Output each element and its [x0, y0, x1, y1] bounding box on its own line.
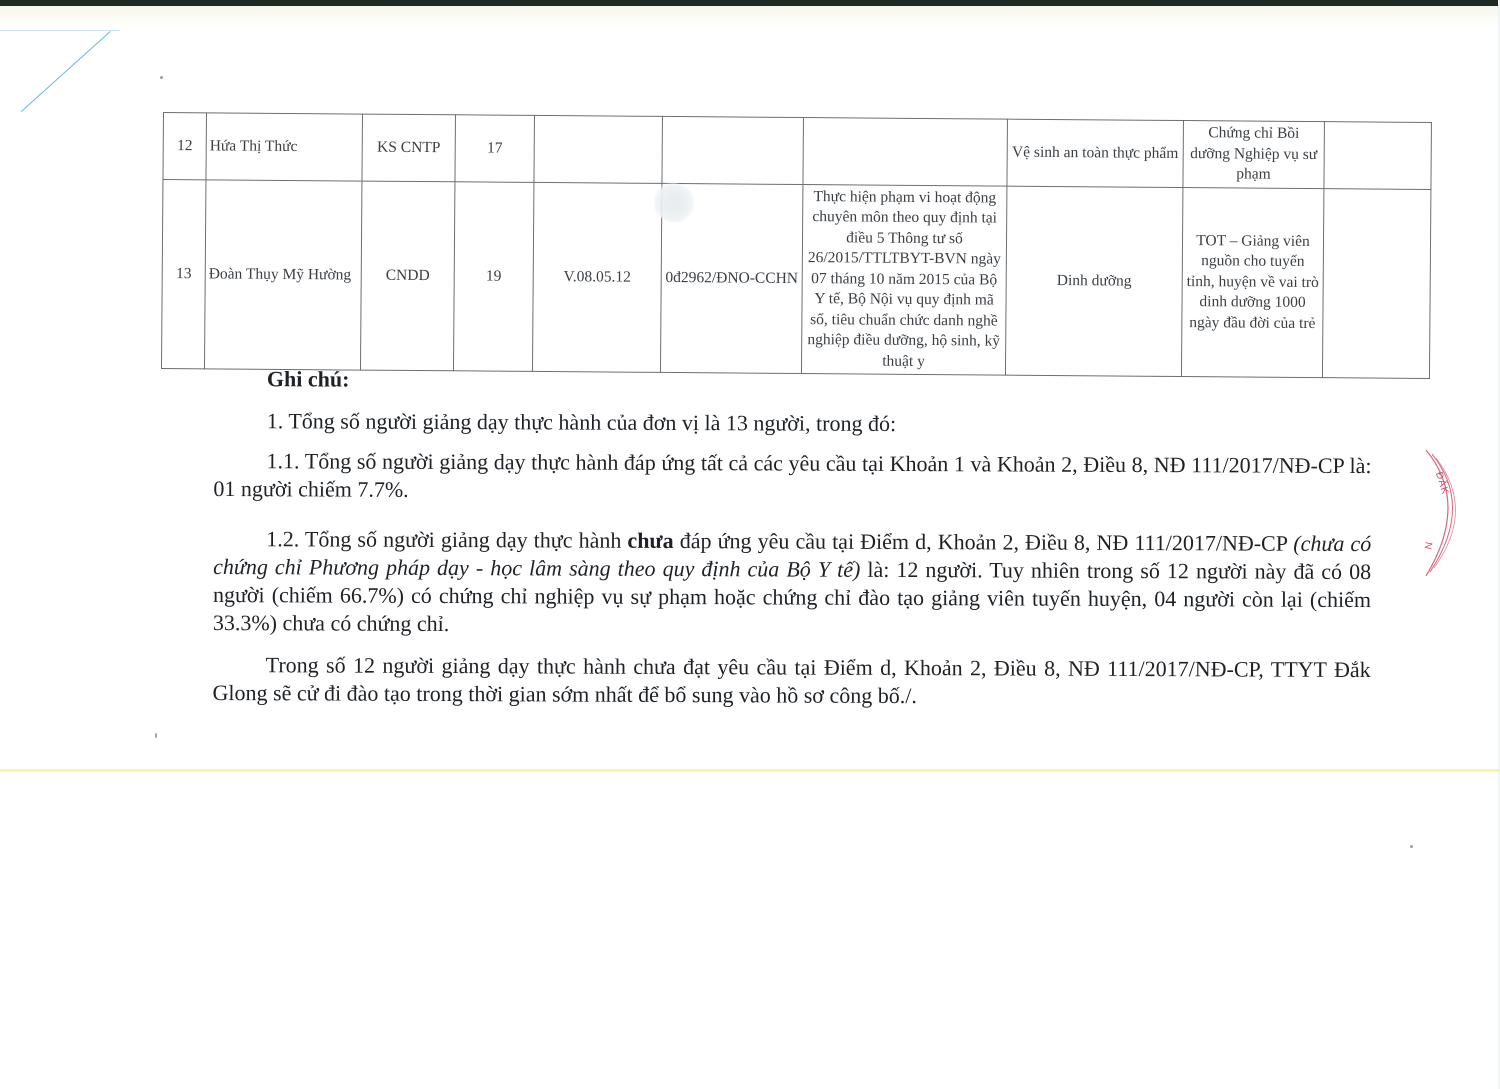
cell-certificate: TOT – Giảng viên nguồn cho tuyến tỉnh, h…	[1181, 187, 1323, 378]
cell-code: V.08.05.12	[532, 182, 661, 372]
scan-yellow-line	[0, 769, 1500, 772]
cell-name: Hứa Thị Thức	[206, 113, 363, 181]
staff-table: 12 Hứa Thị Thức KS CNTP 17 Vệ sinh an to…	[161, 112, 1432, 379]
scan-speck	[160, 76, 163, 79]
cell-note	[1322, 188, 1430, 378]
cell-stt: 13	[161, 179, 205, 369]
emphasis-chua: chưa	[627, 528, 673, 553]
scan-speck	[1410, 845, 1413, 848]
cell-stt: 12	[163, 113, 207, 180]
table-row: 12 Hứa Thị Thức KS CNTP 17 Vệ sinh an to…	[163, 113, 1431, 189]
cell-scope	[803, 118, 1008, 186]
scan-shadow	[0, 6, 1500, 28]
cell-degree: CNDD	[360, 181, 454, 371]
cell-degree: KS CNTP	[362, 114, 456, 181]
note-paragraph-1-1: 1.1. Tổng số người giảng dạy thực hành đ…	[213, 447, 1371, 508]
note-paragraph-1: 1. Tổng số người giảng dạy thực hành của…	[214, 407, 1372, 440]
cell-code	[534, 115, 663, 183]
scan-speck	[155, 733, 157, 738]
notes-title: Ghi chú:	[267, 365, 1372, 398]
table-row: 13 Đoàn Thụy Mỹ Hường CNDD 19 V.08.05.12…	[161, 179, 1430, 378]
cell-specialty: Dinh dưỡng	[1005, 186, 1182, 377]
cell-years: 19	[453, 181, 533, 371]
page-fold-corner	[0, 30, 120, 141]
cell-specialty: Vệ sinh an toàn thực phẩm	[1007, 119, 1184, 187]
cell-scope: Thực hiện phạm vi hoạt động chuyên môn t…	[801, 184, 1006, 375]
cell-certificate: Chứng chỉ Bồi dưỡng Nghiệp vụ sư phạm	[1183, 121, 1325, 189]
note-paragraph-2: Trong số 12 người giảng dạy thực hành ch…	[213, 651, 1371, 712]
stamp-arc-icon	[1418, 448, 1478, 578]
cell-license	[662, 116, 804, 184]
cell-name: Đoàn Thụy Mỹ Hường	[204, 179, 361, 370]
cell-years: 17	[455, 115, 535, 182]
cell-note	[1324, 122, 1432, 189]
red-stamp-fragment	[1418, 448, 1478, 578]
note-paragraph-1-2: 1.2. Tổng số người giảng dạy thực hành c…	[213, 525, 1371, 642]
notes-section: Ghi chú: 1. Tổng số người giảng dạy thực…	[212, 365, 1372, 722]
